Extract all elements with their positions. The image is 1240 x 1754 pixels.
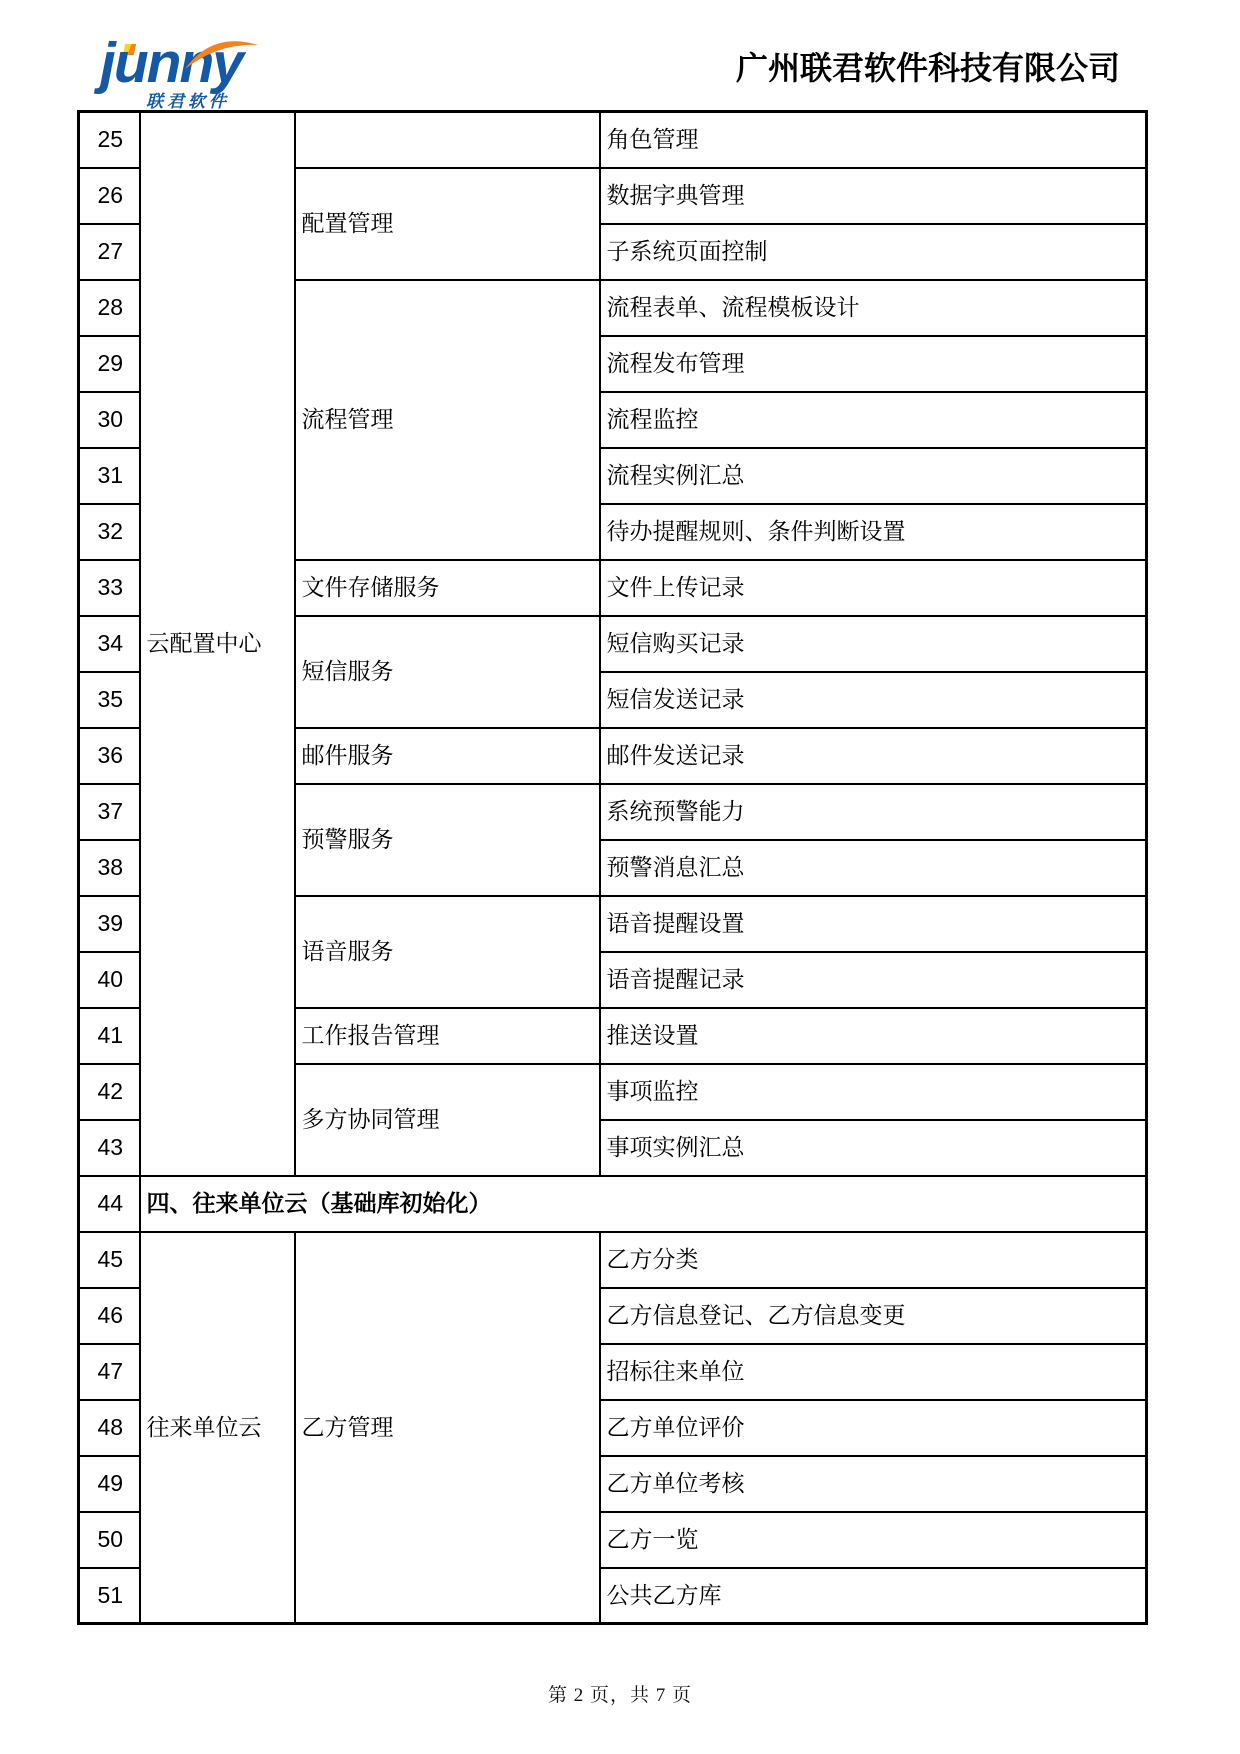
row-number-cell: 49 bbox=[79, 1456, 140, 1512]
row-number-cell: 32 bbox=[79, 504, 140, 560]
company-logo: junny 联君软件 bbox=[96, 36, 271, 106]
row-number-cell: 35 bbox=[79, 672, 140, 728]
row-number-cell: 28 bbox=[79, 280, 140, 336]
row-number-cell: 43 bbox=[79, 1120, 140, 1176]
row-number-cell: 29 bbox=[79, 336, 140, 392]
feature-cell: 语音提醒记录 bbox=[600, 952, 1147, 1008]
row-number-cell: 50 bbox=[79, 1512, 140, 1568]
page-footer: 第 2 页，共 7 页 bbox=[0, 1680, 1240, 1707]
table-row: 45 往来单位云 乙方管理 乙方分类 bbox=[79, 1232, 1147, 1288]
subcategory-cell-alert-service: 预警服务 bbox=[295, 784, 600, 896]
feature-cell: 预警消息汇总 bbox=[600, 840, 1147, 896]
row-number-cell: 36 bbox=[79, 728, 140, 784]
row-number-cell: 46 bbox=[79, 1288, 140, 1344]
feature-cell: 邮件发送记录 bbox=[600, 728, 1147, 784]
category-cell-partner-cloud: 往来单位云 bbox=[140, 1232, 295, 1624]
row-number-cell: 42 bbox=[79, 1064, 140, 1120]
row-number-cell: 48 bbox=[79, 1400, 140, 1456]
subcategory-cell-carryover bbox=[295, 112, 600, 168]
table-row: 25 云配置中心 角色管理 bbox=[79, 112, 1147, 168]
feature-cell: 短信发送记录 bbox=[600, 672, 1147, 728]
subcategory-cell-multi-party: 多方协同管理 bbox=[295, 1064, 600, 1176]
row-number-cell: 27 bbox=[79, 224, 140, 280]
subcategory-cell-sms-service: 短信服务 bbox=[295, 616, 600, 728]
row-number-cell: 33 bbox=[79, 560, 140, 616]
feature-cell: 流程发布管理 bbox=[600, 336, 1147, 392]
feature-cell: 数据字典管理 bbox=[600, 168, 1147, 224]
feature-cell: 乙方一览 bbox=[600, 1512, 1147, 1568]
row-number-cell: 45 bbox=[79, 1232, 140, 1288]
feature-cell: 招标往来单位 bbox=[600, 1344, 1147, 1400]
subcategory-cell-work-report: 工作报告管理 bbox=[295, 1008, 600, 1064]
subcategory-cell-config-mgmt: 配置管理 bbox=[295, 168, 600, 280]
category-cell-cloud-config: 云配置中心 bbox=[140, 112, 295, 1176]
row-number-cell: 40 bbox=[79, 952, 140, 1008]
logo-caption: 联君软件 bbox=[146, 87, 230, 112]
feature-cell: 乙方单位评价 bbox=[600, 1400, 1147, 1456]
row-number-cell: 26 bbox=[79, 168, 140, 224]
feature-cell: 公共乙方库 bbox=[600, 1568, 1147, 1624]
document-page: junny 联君软件 广州联君软件科技有限公司 25 云配置中心 角色管理 26… bbox=[0, 0, 1240, 1754]
feature-cell: 事项实例汇总 bbox=[600, 1120, 1147, 1176]
row-number-cell: 51 bbox=[79, 1568, 140, 1624]
row-number-cell: 47 bbox=[79, 1344, 140, 1400]
feature-cell: 待办提醒规则、条件判断设置 bbox=[600, 504, 1147, 560]
row-number-cell: 30 bbox=[79, 392, 140, 448]
feature-cell: 乙方分类 bbox=[600, 1232, 1147, 1288]
logo-swoosh-icon bbox=[182, 36, 262, 76]
subcategory-cell-voice-service: 语音服务 bbox=[295, 896, 600, 1008]
row-number-cell: 31 bbox=[79, 448, 140, 504]
row-number-cell: 25 bbox=[79, 112, 140, 168]
row-number-cell: 44 bbox=[79, 1176, 140, 1232]
row-number-cell: 38 bbox=[79, 840, 140, 896]
row-number-cell: 34 bbox=[79, 616, 140, 672]
feature-cell: 推送设置 bbox=[600, 1008, 1147, 1064]
subcategory-cell-file-storage: 文件存储服务 bbox=[295, 560, 600, 616]
table-row-section: 44 四、往来单位云（基础库初始化） bbox=[79, 1176, 1147, 1232]
feature-cell: 角色管理 bbox=[600, 112, 1147, 168]
subcategory-cell-mail-service: 邮件服务 bbox=[295, 728, 600, 784]
subcategory-cell-party-b-mgmt: 乙方管理 bbox=[295, 1232, 600, 1624]
feature-cell: 乙方单位考核 bbox=[600, 1456, 1147, 1512]
feature-cell: 短信购买记录 bbox=[600, 616, 1147, 672]
feature-cell: 乙方信息登记、乙方信息变更 bbox=[600, 1288, 1147, 1344]
row-number-cell: 37 bbox=[79, 784, 140, 840]
section-header-cell: 四、往来单位云（基础库初始化） bbox=[140, 1176, 1147, 1232]
feature-cell: 系统预警能力 bbox=[600, 784, 1147, 840]
row-number-cell: 41 bbox=[79, 1008, 140, 1064]
feature-cell: 流程监控 bbox=[600, 392, 1147, 448]
row-number-cell: 39 bbox=[79, 896, 140, 952]
feature-cell: 语音提醒设置 bbox=[600, 896, 1147, 952]
subcategory-cell-process-mgmt: 流程管理 bbox=[295, 280, 600, 560]
feature-cell: 事项监控 bbox=[600, 1064, 1147, 1120]
company-name: 广州联君软件科技有限公司 bbox=[736, 52, 1120, 84]
feature-cell: 流程表单、流程模板设计 bbox=[600, 280, 1147, 336]
feature-cell: 文件上传记录 bbox=[600, 560, 1147, 616]
feature-table: 25 云配置中心 角色管理 26 配置管理 数据字典管理 27 子系统页面控制 … bbox=[77, 110, 1148, 1625]
feature-cell: 子系统页面控制 bbox=[600, 224, 1147, 280]
feature-cell: 流程实例汇总 bbox=[600, 448, 1147, 504]
